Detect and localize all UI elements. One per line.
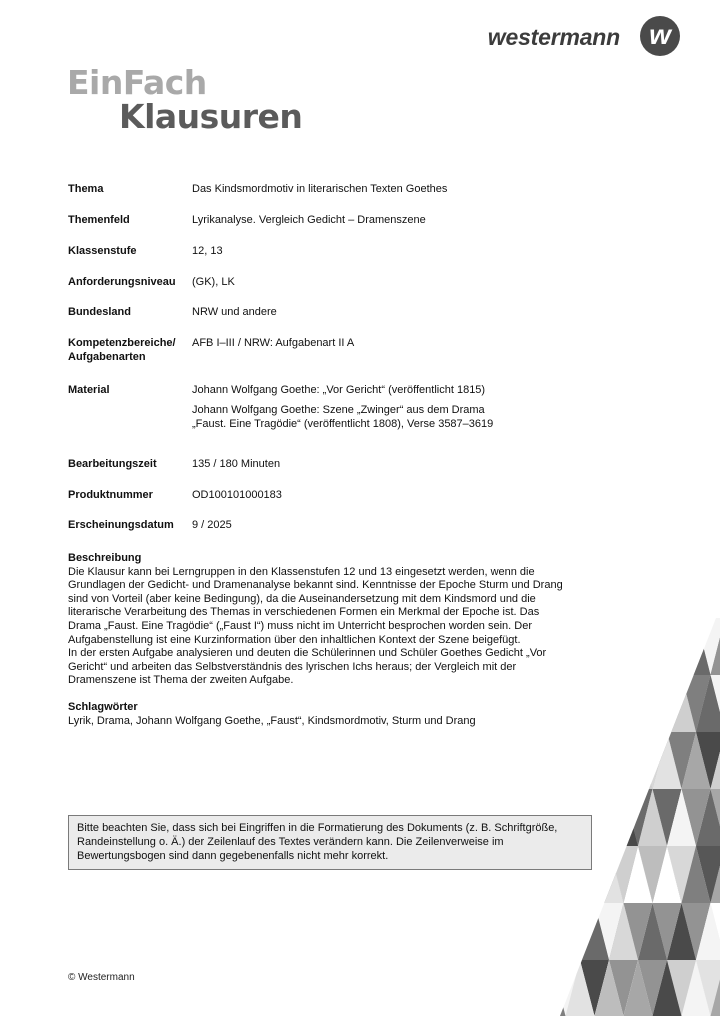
metadata-label: Kompetenzbereiche/Aufgabenarten	[68, 336, 192, 364]
description-paragraph-2: In der ersten Aufgabe analysieren und de…	[68, 647, 570, 688]
metadata-value: 135 / 180 Minuten	[192, 457, 548, 471]
metadata-value: NRW und andere	[192, 305, 548, 319]
description-paragraph-1: Die Klausur kann bei Lerngruppen in den …	[68, 566, 570, 648]
series-logo: EinFach Klausuren	[67, 66, 302, 134]
logo-line-einfach: EinFach	[67, 66, 302, 100]
metadata-value: Johann Wolfgang Goethe: „Vor Gericht“ (v…	[192, 383, 548, 431]
metadata-value: Das Kindsmordmotiv in literarischen Text…	[192, 182, 548, 196]
metadata-label: Bundesland	[68, 305, 192, 319]
metadata-row: Klassenstufe12, 13	[68, 244, 548, 258]
metadata-label: Klassenstufe	[68, 244, 192, 258]
metadata-row: ThemaDas Kindsmordmotiv in literarischen…	[68, 182, 548, 196]
publisher-brand: westermann w	[488, 16, 680, 56]
metadata-row: Erscheinungsdatum9 / 2025	[68, 518, 548, 532]
metadata-label: Erscheinungsdatum	[68, 518, 192, 532]
keywords-heading: Schlagwörter	[68, 701, 570, 715]
brand-wordmark: westermann	[488, 24, 620, 51]
metadata-value: 9 / 2025	[192, 518, 548, 532]
keywords-section: Schlagwörter Lyrik, Drama, Johann Wolfga…	[68, 701, 570, 728]
metadata-row: BundeslandNRW und andere	[68, 305, 548, 319]
metadata-row: ProduktnummerOD100101000183	[68, 488, 548, 502]
metadata-label: Material	[68, 383, 192, 431]
metadata-value: 12, 13	[192, 244, 548, 258]
metadata-row: Anforderungsniveau(GK), LK	[68, 275, 548, 289]
metadata-value: AFB I–III / NRW: Aufgabenart II A	[192, 336, 548, 364]
metadata-row: MaterialJohann Wolfgang Goethe: „Vor Ger…	[68, 383, 548, 431]
copyright-footer: © Westermann	[68, 972, 135, 983]
metadata-label: Themenfeld	[68, 213, 192, 227]
logo-line-klausuren: Klausuren	[119, 100, 302, 134]
metadata-value: OD100101000183	[192, 488, 548, 502]
description-heading: Beschreibung	[68, 552, 570, 566]
description-section: Beschreibung Die Klausur kann bei Lerngr…	[68, 552, 570, 688]
metadata-value: Lyrikanalyse. Vergleich Gedicht – Dramen…	[192, 213, 548, 227]
keywords-text: Lyrik, Drama, Johann Wolfgang Goethe, „F…	[68, 715, 570, 729]
metadata-label: Anforderungsniveau	[68, 275, 192, 289]
metadata-value: (GK), LK	[192, 275, 548, 289]
metadata-label: Bearbeitungszeit	[68, 457, 192, 471]
metadata-label: Thema	[68, 182, 192, 196]
metadata-label: Produktnummer	[68, 488, 192, 502]
metadata-row: Kompetenzbereiche/AufgabenartenAFB I–III…	[68, 336, 548, 364]
metadata-row: Bearbeitungszeit135 / 180 Minuten	[68, 457, 548, 471]
metadata-row: ThemenfeldLyrikanalyse. Vergleich Gedich…	[68, 213, 548, 227]
formatting-notice-box: Bitte beachten Sie, dass sich bei Eingri…	[68, 815, 592, 870]
brand-logo-icon: w	[640, 16, 680, 56]
